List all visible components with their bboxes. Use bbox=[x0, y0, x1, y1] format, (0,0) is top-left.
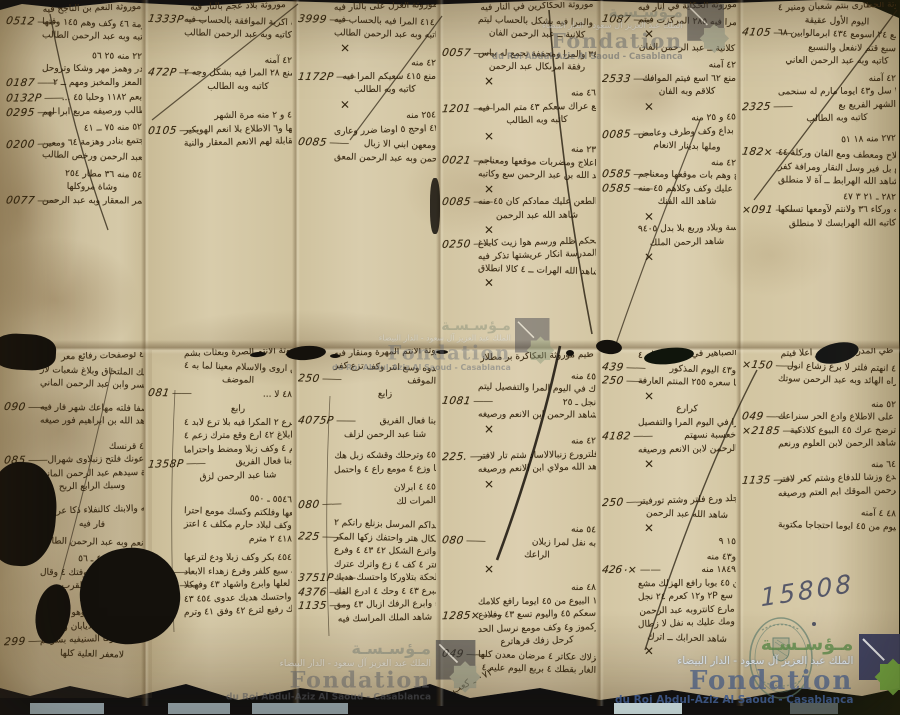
manuscript-line: به نفل لمرا زبلان080 bbox=[442, 535, 596, 550]
manuscript-line: ٤٨ منه bbox=[442, 583, 596, 595]
x-mark: × bbox=[442, 223, 596, 237]
manuscript-line: رابع bbox=[148, 403, 292, 416]
manuscript-line: اجتمع بنادر وهمز مهر وشكا وتروحل bbox=[6, 63, 142, 76]
x-mark: × bbox=[602, 456, 736, 471]
manuscript-line: المدرسة وبلاد وربع بلا بدل ٩٤٠٥ bbox=[602, 223, 736, 237]
manuscript-line: ٤٨ ٤ آمنه bbox=[742, 505, 896, 521]
manuscript-line: وشاة مروكلها bbox=[6, 181, 142, 195]
manuscript-line: منع ٢٨ المرا فيه بشكل وجه ٢472P bbox=[148, 67, 292, 80]
manuscript-column-top-5: موروثة الحكاية في انار فيه٤ الهنتم لمرا … bbox=[602, 2, 736, 342]
manuscript-line: شاهد الله الفنك bbox=[602, 197, 736, 209]
manuscript-line: ٤٢ آمنه bbox=[148, 53, 292, 67]
manuscript-line: ٤١٨ ٢ مترم bbox=[148, 533, 292, 546]
manuscript-line: ٤٥ و ٢٥ منه bbox=[602, 112, 736, 127]
x-mark: × bbox=[602, 99, 736, 113]
x-mark: × bbox=[442, 183, 596, 196]
manuscript-line: ومعهن ابني الا زبال0085 bbox=[298, 137, 436, 153]
manuscript-line: لعرس الانكال هتر واحتفك زكها المكر225 bbox=[298, 531, 436, 546]
handwritten-total: 2533 bbox=[602, 74, 653, 86]
handwritten-total: 0585 bbox=[602, 169, 653, 181]
manuscript-line: قعدتم ٤ وكف زبلا ومضط واحتراما bbox=[148, 443, 292, 457]
x-mark: × bbox=[298, 97, 436, 111]
handwritten-total: 0085 bbox=[442, 197, 493, 209]
manuscript-line: ترفيهي ٤ اكترأ ابرع ٢ المكرا فيه بلا ترع… bbox=[148, 418, 292, 430]
manuscript-line: منع ٦٢ اسع فيتم الموافك2533 bbox=[602, 74, 736, 86]
manuscript-line: شاهد الله بن عبد الرحمن سع وكاتبه bbox=[442, 169, 596, 183]
handwritten-total: 4075P bbox=[298, 415, 356, 427]
manuscript-line: ملحكة بتلاوركا واحتسك هديك3751P bbox=[298, 573, 436, 585]
handwritten-total: 0250 bbox=[442, 238, 493, 251]
scale-segment bbox=[30, 703, 104, 714]
manuscript-column-top-3: موروثة الغزل على بالنار فيهترضخ ٤١٤ المر… bbox=[298, 2, 436, 340]
handwritten-total: 0077 bbox=[6, 195, 57, 207]
manuscript-line: بعم ١١٨٢ وحلبا ٤٥ ...0132P bbox=[6, 92, 142, 105]
handwritten-total: 1333P bbox=[148, 13, 206, 26]
manuscript-line: شنا عبد الرحمن لزلف bbox=[298, 430, 436, 442]
manuscript-line: شاهد الله بن ابراهيم فور صيغه bbox=[4, 415, 144, 428]
manuscript-line: فلترورع زنبالالاساد شتم تار لافتر225. bbox=[442, 449, 596, 463]
manuscript-line: الموقف250 bbox=[298, 373, 436, 388]
manuscript-column-top-6: طي موروثة الحطارى بنتم شعبان ومنير ٤اليو… bbox=[742, 2, 896, 342]
manuscript-line: فلترورع زشا سعره ٢٥٥ المنتم العارفة250 bbox=[602, 375, 736, 390]
manuscript-line: بنا فعال الفريق4075P bbox=[298, 415, 436, 428]
manuscript-line: لامعفر العلية كلها bbox=[4, 646, 144, 662]
handwritten-total: 3999 bbox=[298, 13, 349, 26]
manuscript-line: وكف زبلاء وابرع الرفك ازبال ٤٣ ومق1135 bbox=[298, 599, 436, 613]
round-stamp bbox=[746, 610, 816, 702]
manuscript-line: ترضخ عرك ٤٥ البيوع كلاذكية×2185 bbox=[742, 426, 896, 438]
ink-blot bbox=[436, 350, 448, 354]
manuscript-line: كرارع bbox=[602, 403, 736, 416]
manuscript-line: ٥٤ منه ٣٦ مطار ٢٥٤ bbox=[6, 167, 142, 182]
handwritten-total: 0057 bbox=[442, 47, 493, 59]
manuscript-line: حزمة ٤٦ وكف وهم ١٤٥ وقتها0512 bbox=[6, 15, 142, 31]
manuscript-column-top-1: موروثة النعم بن الناجح فيهحزمة ٤٦ وكف وه… bbox=[6, 4, 142, 342]
handwritten-total: 225 bbox=[298, 531, 342, 543]
manuscript-line: ٢٥٤ منه bbox=[298, 110, 436, 125]
ink-smear bbox=[430, 178, 440, 234]
handwritten-total: 472P bbox=[148, 67, 199, 79]
manuscript-line: ١٥ ٩ bbox=[602, 535, 736, 549]
handwritten-total: 1135 bbox=[742, 475, 793, 488]
manuscript-line: كاتبه الله الهرابسك لا منطلق bbox=[742, 218, 896, 231]
handwritten-total: 182× bbox=[742, 147, 795, 160]
scale-segment bbox=[614, 703, 682, 714]
manuscript-line: سعكم ٤٥ واليوم تسع ٤٣ وفلاذع1285× bbox=[442, 609, 596, 623]
manuscript-line: شنا عبد الرحمن لزق bbox=[148, 469, 292, 485]
manuscript-line: كاتبه وبه عبد الرحمن الطالب bbox=[148, 27, 292, 42]
manuscript-line: شاهد الله عبد الرحمن bbox=[442, 210, 596, 223]
manuscript-line: شاهد الرحمن الملك bbox=[602, 236, 736, 251]
handwritten-total: 250 bbox=[602, 375, 646, 387]
scale-segment bbox=[168, 703, 230, 714]
manuscript-line: الغار بقطك ٤ بربع اليوم عليه ٤ bbox=[442, 662, 596, 677]
manuscript-line: كاتبه وبه الطالب bbox=[442, 114, 596, 129]
x-mark: × bbox=[442, 76, 596, 88]
handwritten-total: ×2185 bbox=[742, 426, 802, 438]
manuscript-line: بو الطالب ورصيفه مربع ابرا لهم0295 bbox=[6, 105, 142, 119]
manuscript-line: الراعك bbox=[442, 549, 596, 563]
handwritten-total: 4105 bbox=[742, 27, 793, 40]
handwritten-total: 250 bbox=[298, 373, 342, 385]
manuscript-line: بمرا ابن اعمر المعقار وبه عبد الرحمن0077 bbox=[6, 195, 142, 208]
manuscript-line: ٤٢ آمنه bbox=[602, 59, 736, 72]
manuscript-line: منع عراك سعكم ٤٣ متم المرا فيه1201 bbox=[442, 101, 596, 115]
x-mark: × bbox=[602, 210, 736, 223]
manuscript-line: كاتبه وبه عبد الرحمن الطالب bbox=[6, 29, 142, 44]
manuscript-column-top-4: موروثة الحكاكرين في النار فيه٤٢ الفتم وا… bbox=[442, 2, 596, 342]
manuscript-line: ٥٥٤٦ ـ ٥٥٠ bbox=[148, 491, 292, 507]
handwritten-total: 1087 bbox=[602, 13, 653, 26]
handwritten-total: 0512 bbox=[6, 15, 57, 28]
manuscript-line: ماطميك عليك وكف وكلاهم ٤٥ منه0585 bbox=[602, 183, 736, 196]
handwritten-total: 1201 bbox=[442, 103, 493, 115]
manuscript-line: ٢٨٢ ـ ٢١ ٣ ٤٧ bbox=[742, 191, 896, 204]
manuscript-line: كاتبه وبه الطالب bbox=[742, 112, 896, 127]
manuscript-line: شهر تاريخه منها ٢ سع ٢P و١٢ كعرم ٢٤ نجل bbox=[602, 591, 736, 605]
manuscript-line: ٤٢ مترما ومك عليك به نفل لا زطال bbox=[602, 617, 736, 633]
manuscript-line: ٤ و ٢ منه مرة الشهر bbox=[148, 110, 292, 123]
manuscript-line: شاهد الله الهرابط ــ آة لا منطلق bbox=[742, 175, 896, 189]
manuscript-line: ٤٢ آمنه bbox=[742, 74, 896, 86]
manuscript-line: خعسبة نسهتم4182 bbox=[602, 430, 736, 443]
manuscript-column-bottom-5: طي المدرسة الصباهير في رمضان عام ٤و٤٣ ال… bbox=[602, 350, 736, 688]
manuscript-column-bottom-3: طي موروثة الانتم المهرة ومنقار فيه٤ ٤٣ ٤… bbox=[298, 348, 436, 688]
handwritten-total: 3751P bbox=[298, 573, 356, 585]
manuscript-line: منع وعك اسع بلحوكم ٢ سل و٤٣ ايوما مارم ل… bbox=[742, 86, 896, 99]
manuscript-line: كلانية ــ عبد الرحمن الفان bbox=[442, 27, 596, 42]
ink-blot bbox=[566, 350, 574, 356]
manuscript-line: بعبد الرحمن ورخص الطالب bbox=[6, 149, 142, 165]
x-mark: × bbox=[602, 249, 736, 265]
handwritten-total: 0187 bbox=[6, 78, 57, 90]
manuscript-line: ركلان ٤ وفلاح ومعطف ومع الفان وركلة ٤٤18… bbox=[742, 147, 896, 163]
x-mark: × bbox=[298, 41, 436, 55]
manuscript-line: شاهد المتقابلة لهم الانعم المعقار والنية bbox=[148, 136, 292, 151]
x-mark: × bbox=[442, 276, 596, 291]
manuscript-line: ٤٥ ٤ ابرلان bbox=[298, 482, 436, 497]
scale-segment bbox=[790, 703, 838, 714]
manuscript-line: منع ٤٥٤ بكر وكف زبلا ودع لترعها bbox=[148, 553, 292, 565]
manuscript-line: مضمضة عتر ٤ كف ٤ زع واترك عترك bbox=[298, 559, 436, 572]
manuscript-line: ٥٢ منه bbox=[742, 397, 896, 411]
manuscript-line: وضعها وفلكتم وكسك مومع احترا bbox=[148, 505, 292, 520]
manuscript-line: ٤ الهنتم لمرا فيه ٢٨٥ المركزت فيتم1087 bbox=[602, 13, 736, 29]
manuscript-line: ٤٣٧٣ والسع مبرع ٤٣ ٤ وحك ٤ ادرع الفك4376 bbox=[298, 586, 436, 599]
manuscript-line: ٤ قرنسك bbox=[4, 442, 144, 454]
manuscript-line: ٦٤ منه bbox=[742, 459, 896, 473]
manuscript-line: شاهد الملك المراسك فيه bbox=[298, 612, 436, 627]
handwritten-total: 1135 bbox=[298, 600, 349, 612]
manuscript-line: بقرضها ١١٧ البيع من ٤٥ بوبا رافع الهزلك … bbox=[602, 578, 736, 591]
manuscript-line: منع ٤١٥ سعيكم المرا فيه1172P bbox=[298, 72, 436, 84]
handwritten-total: 080 bbox=[442, 535, 486, 547]
manuscript-line: فلتر الاندع وزشا للدفاع وشتم كعر لافتر11… bbox=[742, 472, 896, 487]
handwritten-total: 2325 bbox=[742, 101, 793, 113]
manuscript-line: فتحها بكل ذاع ابلاغ ٤٢ ارع وقع مترك زعم … bbox=[148, 430, 292, 443]
x-mark: × bbox=[602, 521, 736, 536]
manuscript-line: معكاه ٣٤ والمرا ومحففة تجمع له بياس0057 bbox=[442, 47, 596, 61]
manuscript-line: شاهد الرحمن لابن الانعم ورصيغه bbox=[602, 443, 736, 457]
manuscript-line: بدالطعن عليك ممادكم كان ٤٥ منه0085 bbox=[442, 197, 596, 209]
manuscript-line: سبع قتم لانفعل والنسبع bbox=[742, 41, 896, 55]
manuscript-line: ٤٥ وترحلك وقشكه زبل هك bbox=[298, 450, 436, 463]
manuscript-line: شاهد الرحمن الموقك ابم العتم ورصيغه bbox=[742, 485, 896, 501]
manuscript-line: وملها بدينار الانعام bbox=[602, 139, 736, 155]
manuscript-line: ترضخ مع ٢٤ اسومع ٤٣٤ ابرمالوابين ٦٨4105 bbox=[742, 27, 896, 42]
manuscript-line: شاهد الله عبد الرحمن bbox=[602, 507, 736, 523]
manuscript-photo: موروثة النعم بن الناجح فيهحزمة ٤٦ وكف وه… bbox=[0, 0, 900, 715]
handwritten-total: 1172P bbox=[298, 72, 356, 84]
handwritten-total: 1285× bbox=[442, 610, 502, 622]
manuscript-line: نسجع بل فير وسل النقار ومرافة كفر bbox=[742, 161, 896, 176]
handwritten-total: 0105 bbox=[148, 125, 199, 137]
manuscript-line: مارع كانتروبه عبد الرحمن bbox=[602, 604, 736, 619]
scale-segment bbox=[252, 703, 348, 714]
handwritten-total: 049 bbox=[742, 411, 786, 423]
manuscript-line: ٥٢ منه ٧٥ ــ ٤١ bbox=[6, 122, 142, 137]
manuscript-line: ٤٥ منع ترضخ عرا في اليوم المرا والتفصيل bbox=[602, 418, 736, 430]
handwritten-total: 1081 bbox=[442, 395, 493, 407]
manuscript-line: ترضخ ٤١٤ المرا فيه بالحساب فيه3999 bbox=[298, 13, 436, 29]
x-mark: × bbox=[442, 424, 596, 436]
handwritten-total: 0085 bbox=[298, 137, 349, 150]
manuscript-line: اعلاج ومضربات موقعها ومعناجم0021 bbox=[442, 155, 596, 170]
handwritten-total: 426٠× bbox=[602, 565, 662, 577]
handwritten-total: 049 bbox=[442, 648, 486, 661]
manuscript-line: شاهد الحرابك ــ اترك bbox=[602, 630, 736, 646]
manuscript-line: ٢٢ منه ٢٥ ٥٦ bbox=[6, 49, 142, 63]
manuscript-line: رفقة امرىكال عبد الرحمن bbox=[442, 61, 596, 74]
handwritten-total: 0585 bbox=[602, 183, 653, 195]
manuscript-column-bottom-4: طيم موروثة العكاكرة بر مطلاز٤٥ منهثمن خب… bbox=[442, 352, 596, 692]
manuscript-line: كاتبه وبه عبد الرحمن العاني bbox=[742, 55, 896, 68]
x-mark: × bbox=[442, 475, 596, 491]
manuscript-line: ٤١ وكفتم نصفا فلته مهاعك شهر فار فيه090 bbox=[4, 401, 144, 415]
manuscript-line: لا نسر وابن عبد الرحمن الماني bbox=[4, 377, 144, 392]
handwritten-total: 081 bbox=[148, 387, 192, 399]
manuscript-line: المعز والمخبز ومهم ــ ٢0187 bbox=[6, 78, 142, 90]
handwritten-total: 090 bbox=[4, 401, 48, 413]
manuscript-line: اعلاج وهم بات موقعها ومعناجم0585 bbox=[602, 169, 736, 183]
manuscript-line: رانحك ٤ وكف لبلاد حارم مكلف ٤ اعتز bbox=[148, 519, 292, 533]
manuscript-line: منه وركاء ٣٦ ولانتم لآومعها تسلكها×091 bbox=[742, 205, 896, 217]
manuscript-line: شاهد الله مولاي ابن الانعم ورصيغه bbox=[442, 462, 596, 477]
handwritten-total: ×091 bbox=[742, 205, 795, 217]
manuscript-line: شاهد الله بن عبد الرحمن وبه عبد الرحمن ا… bbox=[298, 151, 436, 166]
handwritten-total: 1358P bbox=[148, 458, 206, 471]
ink-blot bbox=[330, 354, 340, 358]
manuscript-line: ٤٦ منه bbox=[442, 88, 596, 101]
manuscript-line: بنا فعال الفريق1358P bbox=[148, 456, 292, 471]
manuscript-line: بقرضها ١١٧ البيوع من ٤٥ ايوما رافع كلامك bbox=[442, 596, 596, 609]
handwritten-total: 4376 bbox=[298, 587, 349, 599]
pencil-dot bbox=[812, 622, 816, 626]
x-mark: × bbox=[602, 27, 736, 42]
manuscript-line: شاهد الرحمن لابن العلوم ورنعم bbox=[742, 438, 896, 451]
x-mark: × bbox=[442, 563, 596, 576]
torn-hole bbox=[0, 332, 57, 371]
manuscript-line: ماومك على الاطلاع وادع الحر سنراعك049 bbox=[742, 411, 896, 424]
manuscript-line: زايع bbox=[298, 387, 436, 401]
manuscript-line: الموضف bbox=[148, 373, 292, 388]
manuscript-line: كاتبه وبه الطالب bbox=[148, 82, 292, 94]
handwritten-total: 0021 bbox=[442, 155, 493, 168]
manuscript-line: كاتبه وبه عبد الرحمن الطالب bbox=[298, 27, 436, 42]
manuscript-line: ٤٢ منه bbox=[298, 57, 436, 70]
handwritten-total: 225. bbox=[442, 451, 489, 463]
manuscript-line: الشهر الفريع بع2325 bbox=[742, 99, 896, 113]
manuscript-column-top-2: موروثة بلاد عجم بالنار فيهتم جمع ٤٣ اكري… bbox=[148, 2, 292, 340]
manuscript-line: بمقرضها بر ٢٤ اليوم من ٤٥ ايوما احتجاجا … bbox=[742, 519, 896, 534]
handwritten-total: 0295 bbox=[6, 107, 57, 119]
manuscript-line: بترسمها و٦ الاطلاع بلا انعم الهويكير0105 bbox=[148, 123, 292, 137]
x-mark: × bbox=[602, 389, 736, 403]
manuscript-line: شاهد الرحمن ابن الانعم ورصيغه bbox=[442, 409, 596, 422]
manuscript-line: المرات لك080 bbox=[298, 495, 436, 511]
x-mark: × bbox=[602, 644, 736, 659]
handwritten-total: 0132P bbox=[6, 93, 64, 105]
manuscript-line: كاتبه وبه الطالب bbox=[298, 84, 436, 97]
manuscript-line: ثمن خبز عراك في اليوم المرا والتفصيل ليت… bbox=[442, 381, 596, 396]
manuscript-line: وضعها وزع ٤ مومع راع ٤ واحتمل bbox=[298, 463, 436, 477]
manuscript-line: و٤٣ منه bbox=[602, 551, 736, 564]
handwritten-total: 439 bbox=[602, 361, 646, 374]
manuscript-column-bottom-2: طيم موروثة الانتم الصرة وبعثات بشم٤١٤ وق… bbox=[148, 348, 292, 688]
color-scale-bar bbox=[0, 700, 900, 715]
manuscript-line: ٤٢ منه bbox=[442, 436, 596, 449]
manuscript-line: ٤٨ لا ...081 bbox=[148, 387, 292, 401]
manuscript-line: كلاقم وبه الفان bbox=[602, 86, 736, 99]
handwritten-total: ×150 bbox=[742, 359, 795, 372]
handwritten-total: 080 bbox=[298, 498, 342, 511]
manuscript-line: ١٨٤٩ منه426٠× bbox=[602, 565, 736, 577]
manuscript-line: شد ــ وال انزع الانفك واترع الشكل ٤٢ ٤٣ … bbox=[298, 545, 436, 559]
manuscript-line: نجل ـ ٢٥1081 bbox=[442, 395, 596, 409]
manuscript-line: شد هزاه الهائد وبه عبد الرحمن سوتك bbox=[742, 373, 896, 388]
handwritten-total: 4182 bbox=[602, 431, 653, 443]
manuscript-line: كلانية ــ عبد الرحمن الفان bbox=[602, 41, 736, 55]
